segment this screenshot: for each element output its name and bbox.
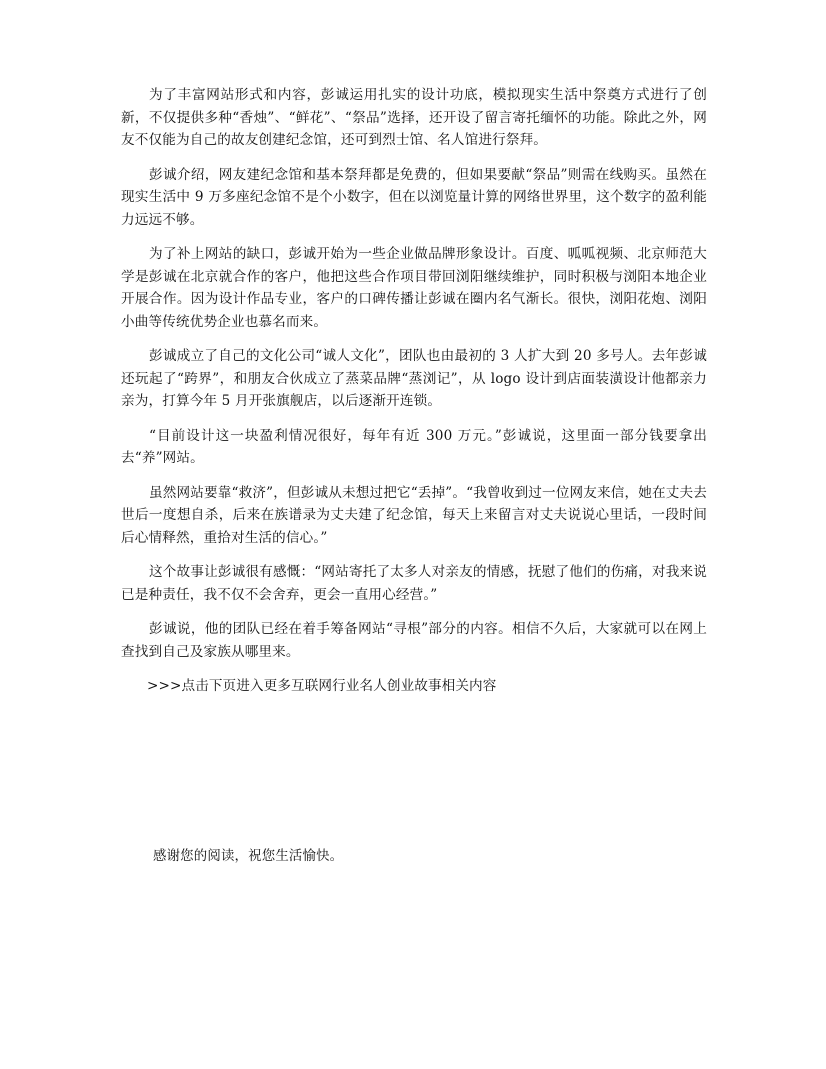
paragraph-memorial-features: 为了丰富网站形式和内容，彭诚运用扎实的设计功底，模拟现实生活中祭奠方式进行了创新… bbox=[121, 84, 707, 152]
article-body: 为了丰富网站形式和内容，彭诚运用扎实的设计功底，模拟现实生活中祭奠方式进行了创新… bbox=[121, 84, 707, 697]
paragraph-culture-company: 彭诚成立了自己的文化公司“诚人文化”，团队也由最初的 3 人扩大到 20 多号人… bbox=[121, 345, 707, 413]
paragraph-responsibility: 这个故事让彭诚很有感慨：“网站寄托了太多人对亲友的情感，抚慰了他们的伤痛，对我来… bbox=[121, 561, 707, 606]
next-page-link[interactable]: >>>点击下页进入更多互联网行业名人创业故事相关内容 bbox=[121, 675, 707, 697]
paragraph-user-letter: 虽然网站要靠“救济”，但彭诚从未想过把它“丢掉”。“我曾收到过一位网友来信，她在… bbox=[121, 482, 707, 550]
closing-message: 感谢您的阅读，祝您生活愉快。 bbox=[153, 847, 343, 867]
paragraph-profit-quote: “目前设计这一块盈利情况很好，每年有近 300 万元。”彭诚说，这里面一部分钱要… bbox=[121, 425, 707, 470]
paragraph-roots-feature: 彭诚说，他的团队已经在着手筹备网站“寻根”部分的内容。相信不久后，大家就可以在网… bbox=[121, 618, 707, 663]
paragraph-brand-design: 为了补上网站的缺口，彭诚开始为一些企业做品牌形象设计。百度、呱呱视频、北京师范大… bbox=[121, 243, 707, 333]
paragraph-free-services: 彭诚介绍，网友建纪念馆和基本祭拜都是免费的，但如果要献“祭品”则需在线购买。虽然… bbox=[121, 164, 707, 232]
